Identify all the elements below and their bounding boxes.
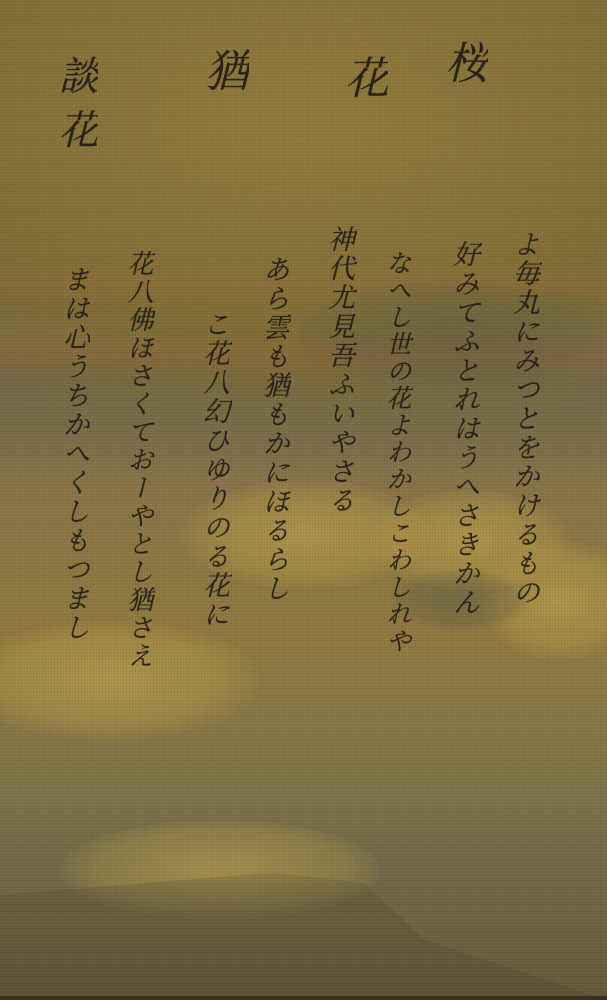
poem-column-4: 神代尤見吾ふいやさる — [325, 225, 352, 515]
title-char-hana: 花 — [340, 55, 384, 113]
rust-band — [0, 612, 607, 652]
poem-column-5: あら雲も猶もかにほるらし — [260, 255, 287, 603]
gold-cloud — [60, 820, 380, 920]
title-char-dan: 談花 — [55, 55, 95, 163]
poem-column-1: よ毎丸にみつとをかけるもの — [510, 230, 537, 607]
gold-cloud — [480, 540, 607, 660]
title-char-sakura: 桜 — [440, 40, 484, 98]
calligraphy-scroll: 桜 花 猶 談花 よ毎丸にみつとをかけるもの 好みてふとれはうへさきかん なへし… — [0, 0, 607, 1000]
lower-grey-field — [0, 850, 607, 1000]
title-char-nao: 猶 — [200, 48, 244, 106]
poem-column-6: こ花八幻ひゆりのる花に — [200, 310, 227, 629]
poem-column-2: 好みてふとれはうへさきかん — [450, 240, 477, 617]
mount-edge — [0, 996, 607, 1000]
poem-column-8: まは心うちかへくしもつまし — [60, 265, 87, 642]
poem-column-3: なへし世の花よわかしこわしれや — [385, 250, 410, 655]
poem-column-7: 花八佛ほさくておーやとし猶さえ — [125, 250, 151, 670]
